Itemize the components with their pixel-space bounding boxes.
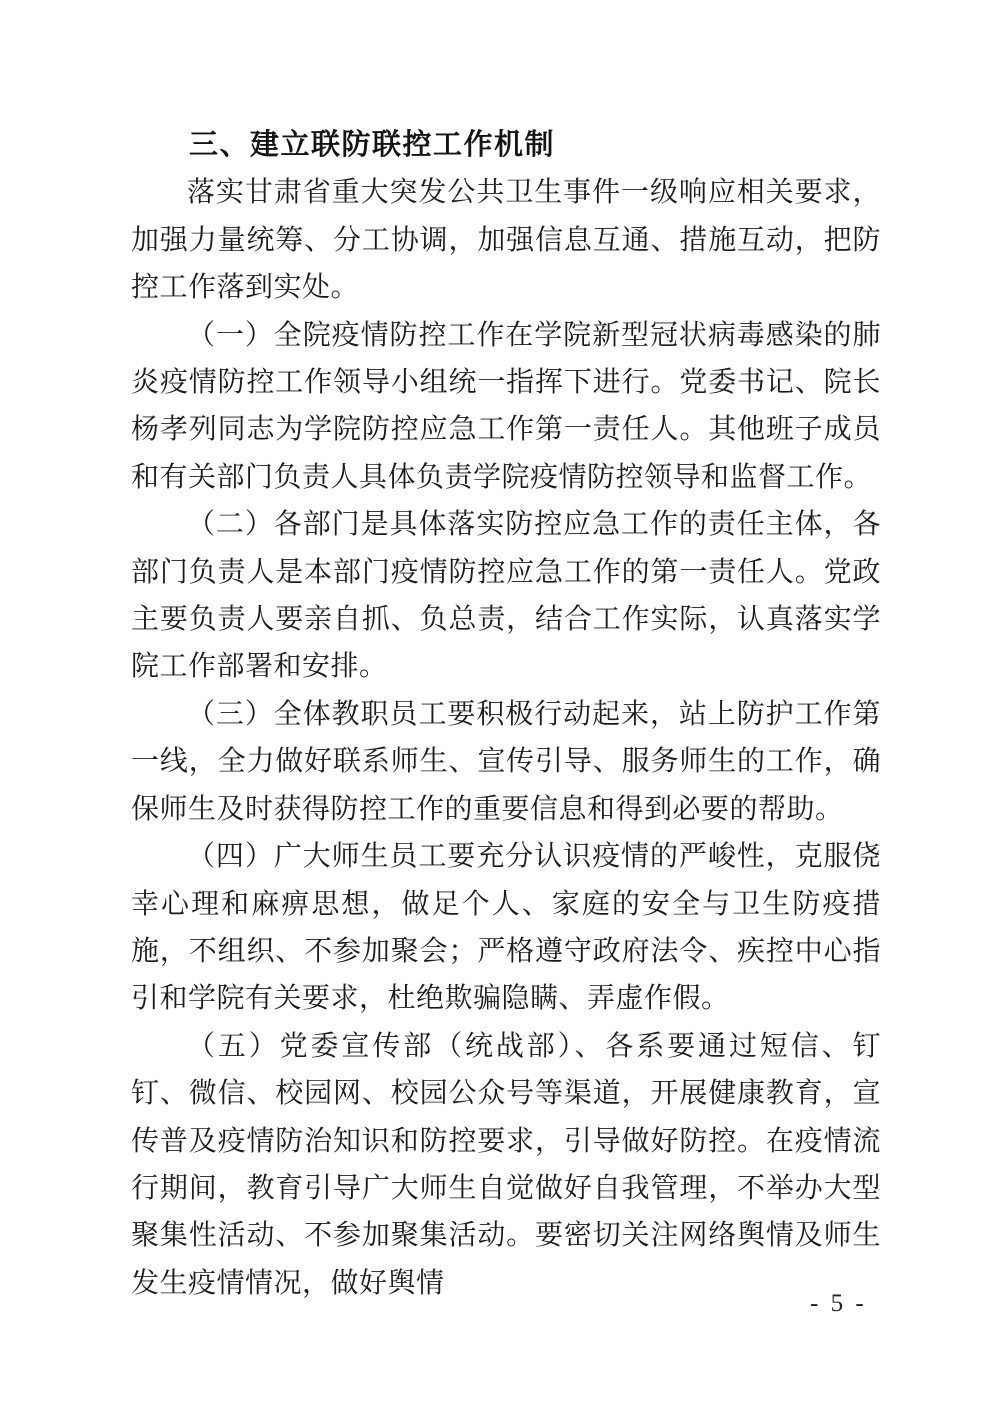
page-number: - 5 - bbox=[810, 1290, 867, 1318]
paragraph-item-3: （三）全体教职员工要积极行动起来，站上防护工作第一线，全力做好联系师生、宣传引导… bbox=[131, 691, 881, 833]
document-page: 三、建立联防联控工作机制 落实甘肃省重大突发公共卫生事件一级响应相关要求，加强力… bbox=[0, 0, 1000, 1415]
paragraph-item-1: （一）全院疫情防控工作在学院新型冠状病毒感染的肺炎疫情防控工作领导小组统一指挥下… bbox=[131, 312, 881, 502]
paragraph-item-2: （二）各部门是具体落实防控应急工作的责任主体，各部门负责人是本部门疫情防控应急工… bbox=[131, 501, 881, 691]
section-heading: 三、建立联防联控工作机制 bbox=[131, 122, 881, 169]
paragraph-intro: 落实甘肃省重大突发公共卫生事件一级响应相关要求，加强力量统筹、分工协调，加强信息… bbox=[131, 169, 881, 311]
paragraph-item-5: （五）党委宣传部（统战部）、各系要通过短信、钉钉、微信、校园网、校园公众号等渠道… bbox=[131, 1023, 881, 1307]
paragraph-item-4: （四）广大师生员工要充分认识疫情的严峻性，克服侥幸心理和麻痹思想，做足个人、家庭… bbox=[131, 833, 881, 1023]
document-content: 三、建立联防联控工作机制 落实甘肃省重大突发公共卫生事件一级响应相关要求，加强力… bbox=[131, 122, 881, 1307]
